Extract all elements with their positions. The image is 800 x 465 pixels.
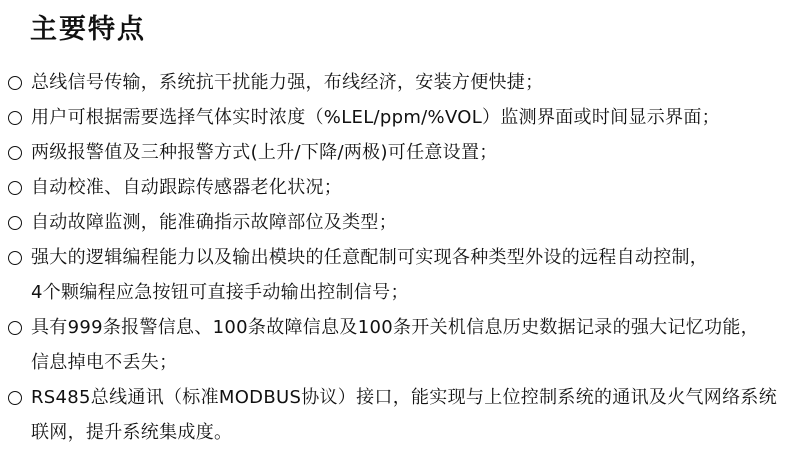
feature-text: RS485总线通讯（标准MODBUS协议）接口，能实现与上位控制系统的通讯及火气… <box>31 380 777 415</box>
page-title: 主要特点 <box>30 14 800 46</box>
feature-text: 用户可根据需要选择气体实时浓度（%LEL/ppm/%VOL）监测界面或时间显示界… <box>31 100 720 135</box>
feature-item: 强大的逻辑编程能力以及输出模块的任意配制可实现各种类型外设的远程自动控制，4个颗… <box>0 240 800 310</box>
feature-line-continuation: 4个颗编程应急按钮可直接手动输出控制信号； <box>0 275 800 310</box>
bullet-circle-icon <box>8 76 22 90</box>
feature-line: 总线信号传输，系统抗干扰能力强，布线经济，安装方便快捷； <box>0 65 800 100</box>
bullet-circle-icon <box>8 251 22 265</box>
feature-text: 两级报警值及三种报警方式(上升/下降/两极)可任意设置； <box>31 135 498 170</box>
bullet-circle-icon <box>8 321 22 335</box>
feature-line: 强大的逻辑编程能力以及输出模块的任意配制可实现各种类型外设的远程自动控制， <box>0 240 800 275</box>
features-list: 总线信号传输，系统抗干扰能力强，布线经济，安装方便快捷；用户可根据需要选择气体实… <box>0 65 800 450</box>
feature-text: 总线信号传输，系统抗干扰能力强，布线经济，安装方便快捷； <box>31 65 543 100</box>
feature-item: RS485总线通讯（标准MODBUS协议）接口，能实现与上位控制系统的通讯及火气… <box>0 380 800 450</box>
bullet-circle-icon <box>8 181 22 195</box>
feature-line: 两级报警值及三种报警方式(上升/下降/两极)可任意设置； <box>0 135 800 170</box>
document-page: 主要特点 总线信号传输，系统抗干扰能力强，布线经济，安装方便快捷；用户可根据需要… <box>0 0 800 465</box>
feature-item: 自动校准、自动跟踪传感器老化状况； <box>0 170 800 205</box>
feature-line: 用户可根据需要选择气体实时浓度（%LEL/ppm/%VOL）监测界面或时间显示界… <box>0 100 800 135</box>
bullet-circle-icon <box>8 146 22 160</box>
feature-line-continuation: 联网，提升系统集成度。 <box>0 415 800 450</box>
feature-text: 强大的逻辑编程能力以及输出模块的任意配制可实现各种类型外设的远程自动控制， <box>31 240 708 275</box>
feature-text: 信息掉电不丢失； <box>31 345 177 380</box>
feature-text: 自动校准、自动跟踪传感器老化状况； <box>31 170 342 205</box>
feature-item: 总线信号传输，系统抗干扰能力强，布线经济，安装方便快捷； <box>0 65 800 100</box>
feature-item: 自动故障监测，能准确指示故障部位及类型； <box>0 205 800 240</box>
bullet-circle-icon <box>8 111 22 125</box>
feature-text: 自动故障监测，能准确指示故障部位及类型； <box>31 205 397 240</box>
bullet-circle-icon <box>8 216 22 230</box>
feature-line: 自动故障监测，能准确指示故障部位及类型； <box>0 205 800 240</box>
feature-item: 用户可根据需要选择气体实时浓度（%LEL/ppm/%VOL）监测界面或时间显示界… <box>0 100 800 135</box>
feature-line: 自动校准、自动跟踪传感器老化状况； <box>0 170 800 205</box>
feature-text: 具有999条报警信息、100条故障信息及100条开关机信息历史数据记录的强大记忆… <box>31 310 759 345</box>
feature-text: 联网，提升系统集成度。 <box>31 415 232 450</box>
feature-line: RS485总线通讯（标准MODBUS协议）接口，能实现与上位控制系统的通讯及火气… <box>0 380 800 415</box>
feature-line-continuation: 信息掉电不丢失； <box>0 345 800 380</box>
feature-item: 具有999条报警信息、100条故障信息及100条开关机信息历史数据记录的强大记忆… <box>0 310 800 380</box>
feature-item: 两级报警值及三种报警方式(上升/下降/两极)可任意设置； <box>0 135 800 170</box>
bullet-circle-icon <box>8 391 22 405</box>
feature-line: 具有999条报警信息、100条故障信息及100条开关机信息历史数据记录的强大记忆… <box>0 310 800 345</box>
feature-text: 4个颗编程应急按钮可直接手动输出控制信号； <box>31 275 409 310</box>
